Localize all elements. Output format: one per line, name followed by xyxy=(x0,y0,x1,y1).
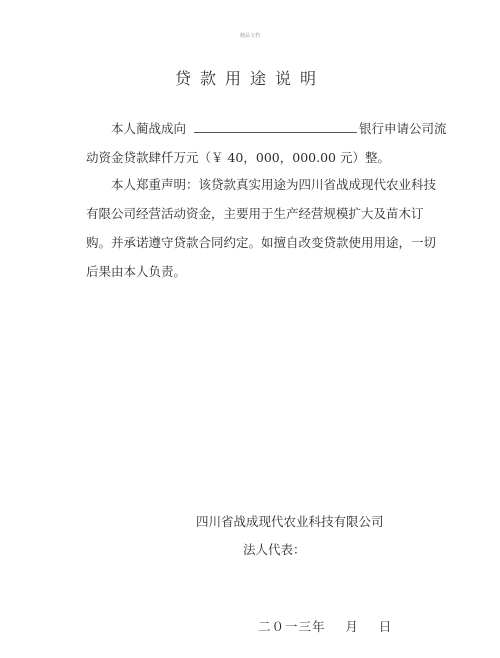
signature-date: 二０一三年 月 日 xyxy=(258,617,392,635)
application-prefix: 本人蔺战成向 xyxy=(111,121,186,136)
declaration-line: 本人郑重声明：该贷款真实用途为四川省战成现代农业科技 xyxy=(86,170,416,199)
declaration-line: 后果由本人负责。 xyxy=(86,257,416,286)
application-suffix: 银行申请公司流 xyxy=(359,121,447,136)
paragraph-application: 本人蔺战成向银行申请公司流 动资金贷款肆仟万元（￥ 40，000，000.00 … xyxy=(86,114,416,172)
signature-company: 四川省战成现代农业科技有限公司 xyxy=(196,512,384,530)
paragraph-declaration: 本人郑重声明：该贷款真实用途为四川省战成现代农业科技 有限公司经营活动资金，主要… xyxy=(86,170,416,286)
declaration-line: 有限公司经营活动资金，主要用于生产经营规模扩大及苗木订 xyxy=(86,199,416,228)
declaration-line: 购。并承诺遵守贷款合同约定。如擅自改变贷款使用用途，一切 xyxy=(86,228,416,257)
application-line-2: 动资金贷款肆仟万元（￥ 40，000，000.00 元）整。 xyxy=(86,143,416,172)
header-tag: 精品文档 xyxy=(0,32,500,39)
application-line-1: 本人蔺战成向银行申请公司流 xyxy=(86,114,416,143)
bank-name-blank[interactable] xyxy=(194,121,357,133)
document-title: 贷款用途说明 xyxy=(0,66,500,89)
signature-legal-rep: 法人代表： xyxy=(243,540,306,558)
